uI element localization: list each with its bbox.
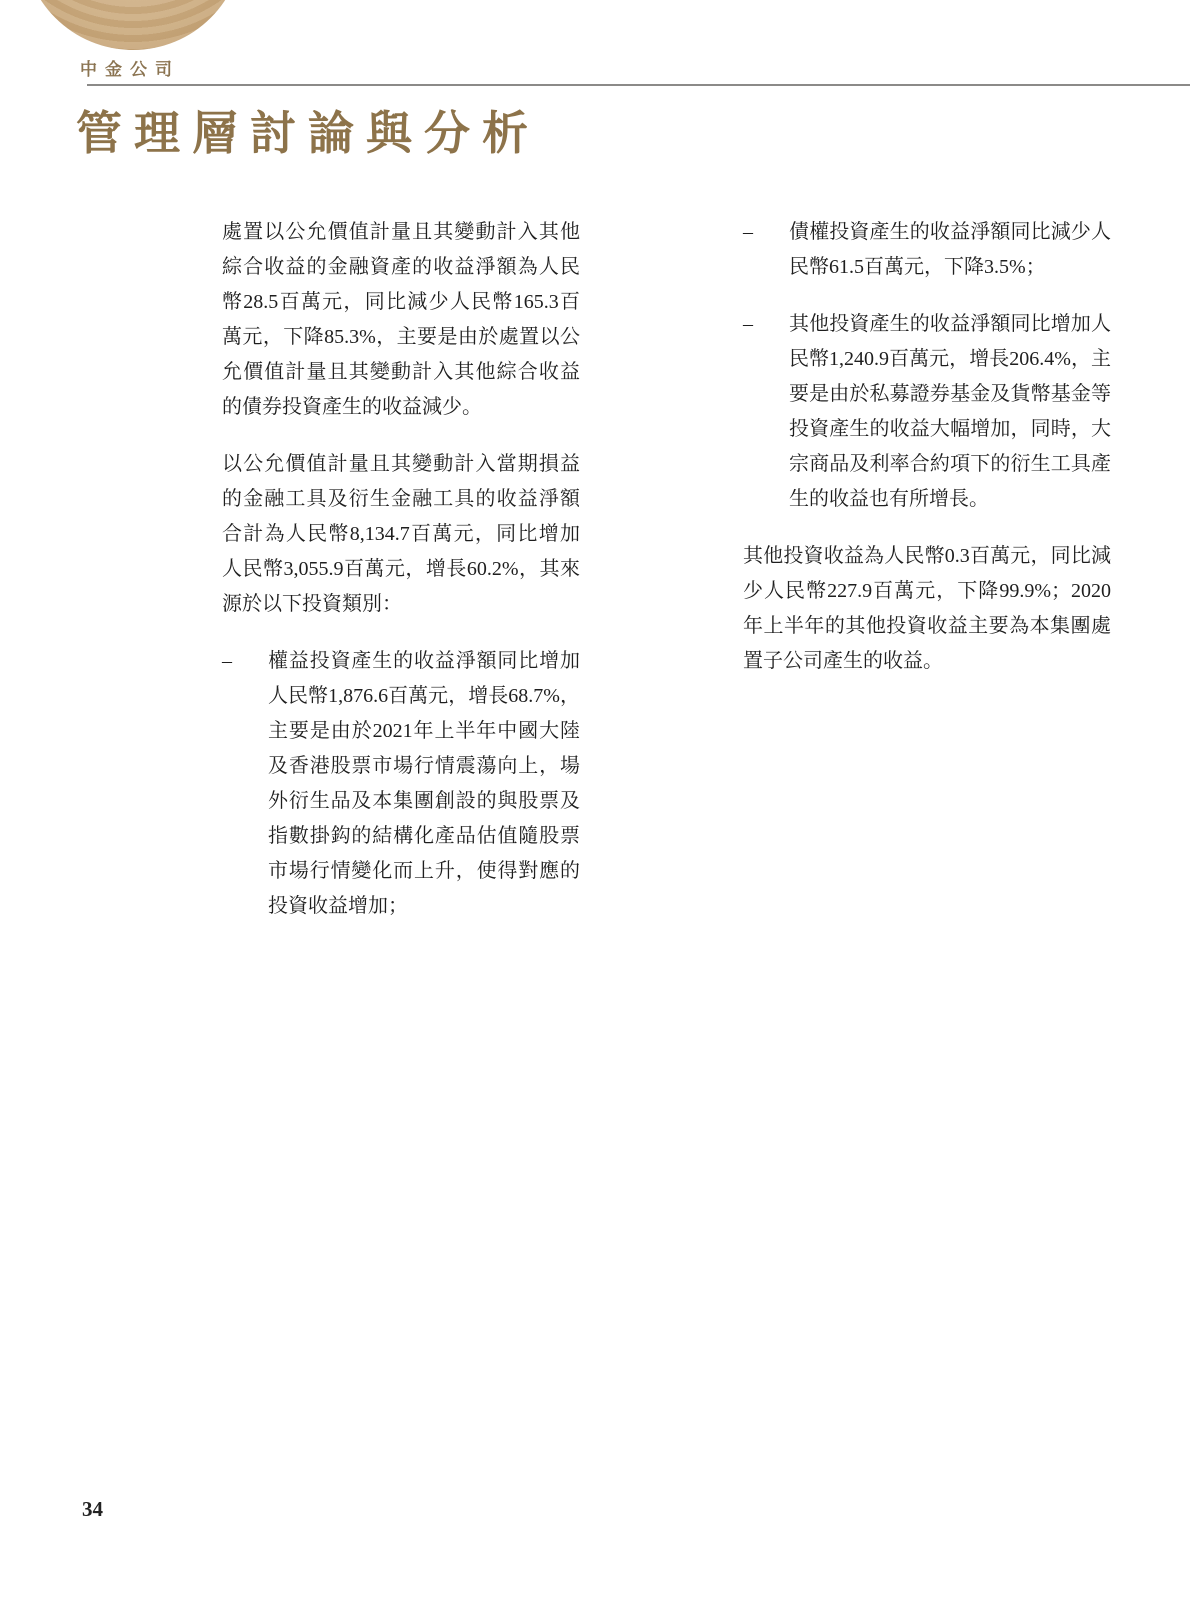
bullet-text: 債權投資產生的收益淨額同比減少人民幣61.5百萬元，下降3.5%； <box>789 215 1111 285</box>
company-logo-emblem <box>23 0 243 50</box>
bullet-dash: – <box>222 644 268 679</box>
header-divider <box>87 84 1190 86</box>
page-title: 管理層討論與分析 <box>76 97 540 163</box>
bullet-text: 權益投資產生的收益淨額同比增加人民幣1,876.6百萬元，增長68.7%，主要是… <box>268 644 580 924</box>
paragraph-fvtpl-summary: 以公允價值計量且其變動計入當期損益的金融工具及衍生金融工具的收益淨額合計為人民幣… <box>222 447 580 622</box>
bullet-dash: – <box>743 307 789 342</box>
bullet-dash: – <box>743 215 789 250</box>
page-number: 34 <box>82 1497 103 1522</box>
bullet-item-other-investment: – 其他投資產生的收益淨額同比增加人民幣1,240.9百萬元，增長206.4%，… <box>743 307 1111 517</box>
bullet-item-equity-investment: – 權益投資產生的收益淨額同比增加人民幣1,876.6百萬元，增長68.7%，主… <box>222 644 580 924</box>
paragraph-other-investment-income: 其他投資收益為人民幣0.3百萬元，同比減少人民幣227.9百萬元，下降99.9%… <box>743 539 1111 679</box>
right-column: – 債權投資產生的收益淨額同比減少人民幣61.5百萬元，下降3.5%； – 其他… <box>743 215 1111 701</box>
left-column: 處置以公允價值計量且其變動計入其他綜合收益的金融資產的收益淨額為人民幣28.5百… <box>222 215 580 946</box>
bullet-text: 其他投資產生的收益淨額同比增加人民幣1,240.9百萬元，增長206.4%，主要… <box>789 307 1111 517</box>
document-page: 中金公司 管理層討論與分析 處置以公允價值計量且其變動計入其他綜合收益的金融資產… <box>0 0 1190 1615</box>
bullet-item-debt-investment: – 債權投資產生的收益淨額同比減少人民幣61.5百萬元，下降3.5%； <box>743 215 1111 285</box>
paragraph-disposal-fvoci: 處置以公允價值計量且其變動計入其他綜合收益的金融資產的收益淨額為人民幣28.5百… <box>222 215 580 425</box>
brand-name: 中金公司 <box>80 55 180 80</box>
